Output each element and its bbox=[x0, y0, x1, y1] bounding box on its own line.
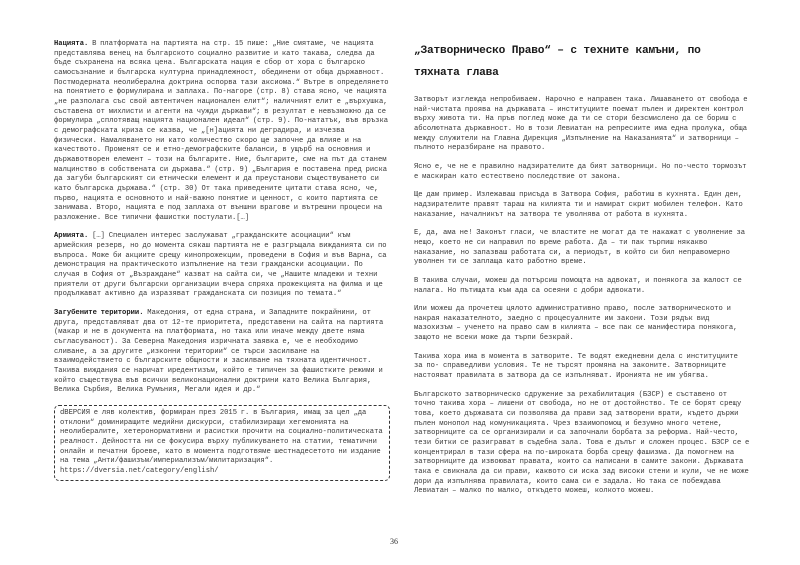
paragraph: Ще дам пример. Излежаваш присъда в Затво… bbox=[414, 191, 750, 220]
paragraph: Или можеш да прочетеш цялото администрат… bbox=[414, 305, 750, 344]
right-column: „Затворническо Право“ – с техните камъни… bbox=[414, 40, 750, 506]
paragraph: Затворът изглежда непробиваем. Нарочно е… bbox=[414, 96, 750, 154]
section-lost-territories: Загубените територии. Македония, от една… bbox=[54, 309, 390, 396]
section-nation: Нацията. В платформата на партията на ст… bbox=[54, 40, 390, 223]
section-heading: Нацията. bbox=[54, 40, 88, 48]
info-box-text: dВЕРСИЯ е ляв колектив, формиран през 20… bbox=[60, 409, 384, 477]
paragraph: Такива хора има в момента в затворите. Т… bbox=[414, 353, 750, 382]
left-column: Нацията. В платформата на партията на ст… bbox=[54, 40, 390, 481]
article-title: „Затворническо Право“ – с техните камъни… bbox=[414, 40, 750, 84]
section-army: Армията. […] Специален интерес заслужава… bbox=[54, 232, 390, 300]
info-box: dВЕРСИЯ е ляв колектив, формиран през 20… bbox=[54, 405, 390, 481]
paragraph: В такива случаи, можеш да потърсиш помощ… bbox=[414, 277, 750, 296]
paragraph: Е, да, ама не! Законът гласи, че властит… bbox=[414, 229, 750, 268]
paragraph: Българското затворническо сдружение за р… bbox=[414, 391, 750, 497]
section-text: Македония, от една страна, и Западните п… bbox=[54, 309, 383, 394]
section-text: В платформата на партията на стр. 15 пиш… bbox=[54, 40, 389, 222]
section-text: […] Специален интерес заслужават „гражда… bbox=[54, 232, 387, 298]
paragraph: Ясно е, че не е правилно надзирателите д… bbox=[414, 163, 750, 182]
section-heading: Армията. bbox=[54, 232, 88, 240]
section-heading: Загубените територии. bbox=[54, 309, 144, 317]
page-number: 36 bbox=[390, 537, 398, 546]
